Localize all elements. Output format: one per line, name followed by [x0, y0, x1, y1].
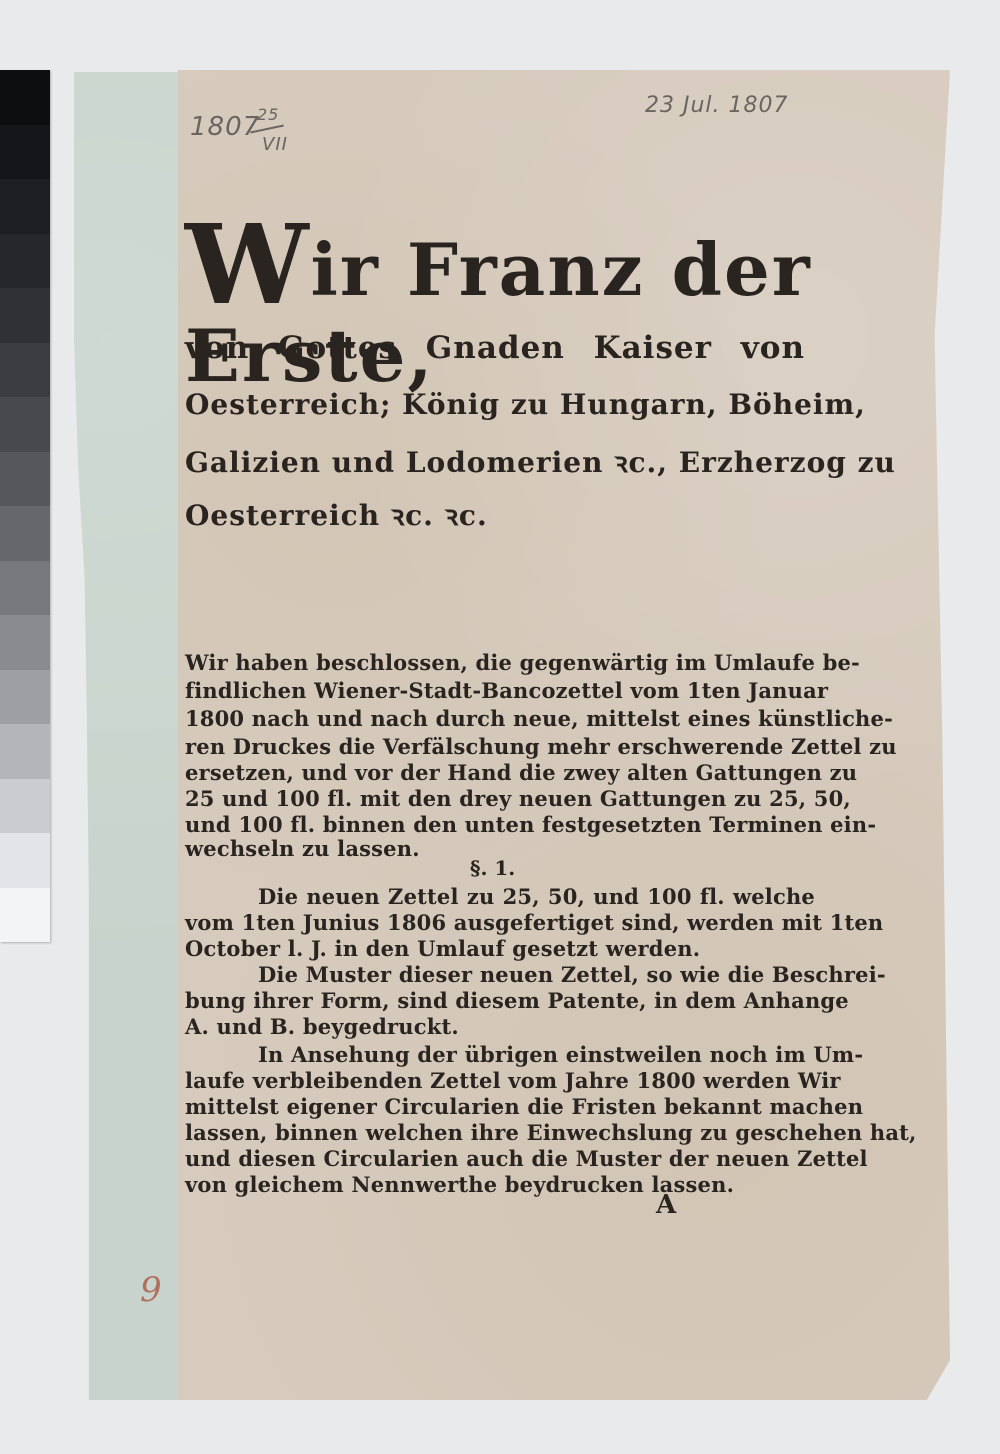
section-line: Die Muster dieser neuen Zettel, so wie d…: [258, 962, 815, 987]
intro-line: Wir haben beschlossen, die gegenwärtig i…: [185, 650, 815, 675]
section-mark: §. 1.: [470, 856, 515, 880]
section-line: mittelst eigener Circularien die Fristen…: [185, 1094, 815, 1119]
calibration-patch: [0, 70, 50, 125]
heading-line: von Gottes Gnaden Kaiser von: [185, 330, 805, 366]
calibration-patch: [0, 234, 50, 289]
intro-line: 1800 nach und nach durch neue, mittelst …: [185, 706, 815, 731]
color-calibration-strip: [0, 70, 50, 942]
catchword: A: [656, 1190, 676, 1220]
binding-strip: [74, 72, 180, 1400]
section-line: vom 1ten Junius 1806 ausgefertiget sind,…: [185, 910, 815, 935]
intro-line: und 100 fl. binnen den unten festgesetzt…: [185, 812, 815, 837]
title-initial: W: [185, 200, 311, 329]
calibration-patch: [0, 615, 50, 670]
calibration-patch: [0, 397, 50, 452]
section-line: October l. J. in den Umlauf gesetzt werd…: [185, 936, 815, 961]
section-line: Die neuen Zettel zu 25, 50, und 100 fl. …: [258, 884, 815, 909]
section-line: lassen, binnen welchen ihre Einwechslung…: [185, 1120, 815, 1145]
section-line: laufe verbleibenden Zettel vom Jahre 180…: [185, 1068, 815, 1093]
calibration-patch: [0, 179, 50, 234]
pencil-note-month: VII: [262, 134, 288, 155]
calibration-patch: [0, 506, 50, 561]
heading-line: Oesterreich ꝛc. ꝛc.: [185, 496, 805, 534]
calibration-patch: [0, 125, 50, 180]
intro-line: findlichen Wiener-Stadt-Bancozettel vom …: [185, 678, 815, 703]
calibration-patch: [0, 888, 50, 943]
pencil-note-day: 25: [257, 105, 279, 124]
intro-line: 25 und 100 fl. mit den drey neuen Gattun…: [185, 786, 815, 811]
intro-line: ersetzen, und vor der Hand die zwey alte…: [185, 760, 815, 785]
calibration-patch: [0, 288, 50, 343]
section-line: bung ihrer Form, sind diesem Patente, in…: [185, 988, 815, 1013]
intro-line: ren Druckes die Verfälschung mehr erschw…: [185, 734, 815, 759]
calibration-patch: [0, 561, 50, 616]
section-line: A. und B. beygedruckt.: [185, 1014, 815, 1039]
pencil-note-year: 1807: [190, 112, 260, 142]
calibration-patch: [0, 343, 50, 398]
red-page-number: 9: [140, 1270, 162, 1310]
heading-line: Galizien und Lodomerien ꝛc., Erzherzog z…: [185, 443, 805, 481]
section-line: In Ansehung der übrigen einstweilen noch…: [258, 1042, 815, 1067]
calibration-patch: [0, 670, 50, 725]
calibration-patch: [0, 779, 50, 834]
pencil-note-date: 23 Jul. 1807: [645, 93, 789, 118]
heading-line: Oesterreich; König zu Hungarn, Böheim,: [185, 388, 805, 421]
section-line: und diesen Circularien auch die Muster d…: [185, 1146, 815, 1171]
calibration-patch: [0, 724, 50, 779]
calibration-patch: [0, 452, 50, 507]
calibration-patch: [0, 833, 50, 888]
section-line: von gleichem Nennwerthe beydrucken lasse…: [185, 1172, 815, 1197]
